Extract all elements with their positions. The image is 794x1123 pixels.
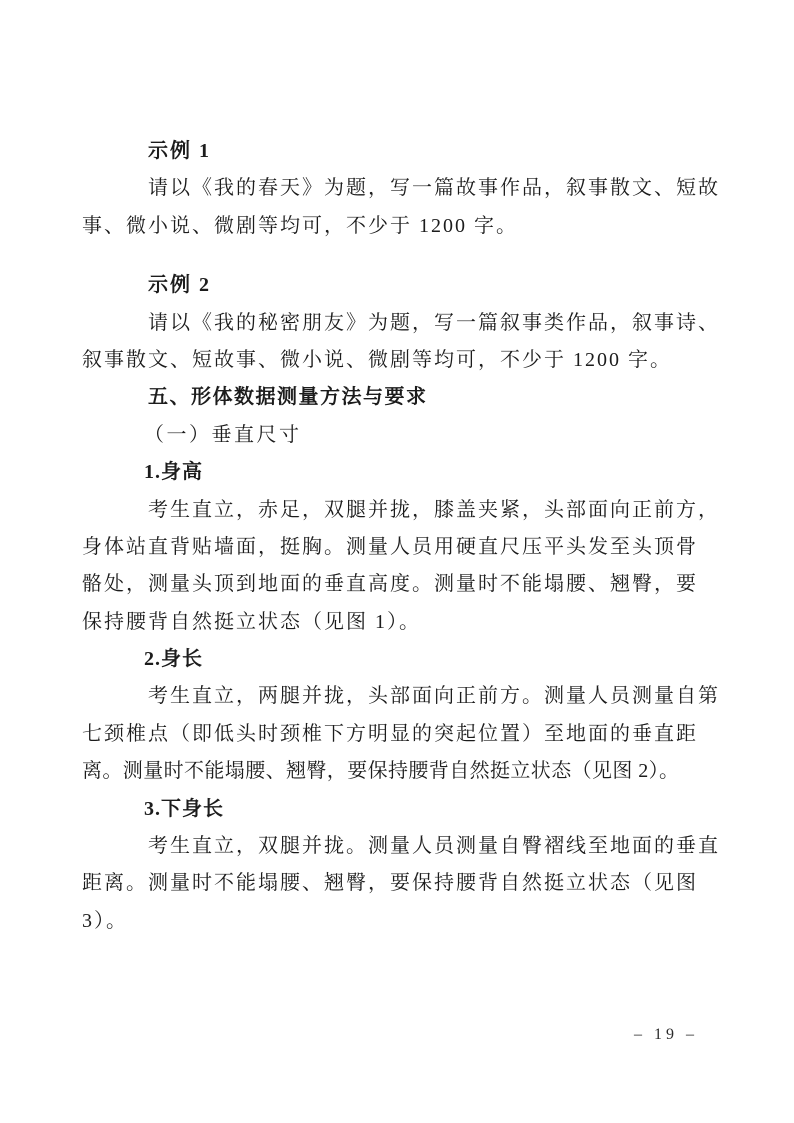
document-page: 示例 1 请以《我的春天》为题，写一篇故事作品，叙事散文、短故 事、微小说、微剧… — [0, 0, 794, 1123]
item-1-line-1: 考生直立，赤足，双腿并拢，膝盖夹紧，头部面向正前方， — [82, 492, 698, 529]
section-5-heading: 五、形体数据测量方法与要求 — [82, 379, 698, 416]
example-1-line-1: 请以《我的春天》为题，写一篇故事作品，叙事散文、短故 — [82, 170, 698, 207]
subsection-1-heading: （一）垂直尺寸 — [82, 417, 698, 454]
item-1-line-3: 骼处，测量头顶到地面的垂直高度。测量时不能塌腰、翘臀，要 — [82, 566, 698, 603]
example-1-line-2: 事、微小说、微剧等均可，不少于 1200 字。 — [82, 208, 698, 245]
example-2-line-2: 叙事散文、短故事、微小说、微剧等均可，不少于 1200 字。 — [82, 342, 698, 379]
item-2-line-2: 七颈椎点（即低头时颈椎下方明显的突起位置）至地面的垂直距 — [82, 716, 698, 753]
item-3-line-3: 3）。 — [82, 903, 698, 940]
item-3-line-2: 距离。测量时不能塌腰、翘臀，要保持腰背自然挺立状态（见图 — [82, 865, 698, 902]
item-2-line-3: 离。测量时不能塌腰、翘臀，要保持腰背自然挺立状态（见图 2）。 — [82, 753, 698, 790]
example-2-paragraph: 请以《我的秘密朋友》为题，写一篇叙事类作品，叙事诗、 叙事散文、短故事、微小说、… — [82, 305, 698, 380]
section-5-heading-text: 五、形体数据测量方法与要求 — [82, 379, 698, 416]
item-3-heading-text: 3.下身长 — [82, 791, 698, 828]
item-2-heading: 2.身长 — [82, 641, 698, 678]
item-3-heading: 3.下身长 — [82, 791, 698, 828]
item-1-line-4: 保持腰背自然挺立状态（见图 1）。 — [82, 604, 698, 641]
item-2-heading-text: 2.身长 — [82, 641, 698, 678]
item-2-paragraph: 考生直立，两腿并拢，头部面向正前方。测量人员测量自第 七颈椎点（即低头时颈椎下方… — [82, 678, 698, 790]
subsection-1-heading-text: （一）垂直尺寸 — [82, 417, 698, 454]
item-3-line-1: 考生直立，双腿并拢。测量人员测量自臀褶线至地面的垂直 — [82, 828, 698, 865]
item-1-paragraph: 考生直立，赤足，双腿并拢，膝盖夹紧，头部面向正前方， 身体站直背贴墙面，挺胸。测… — [82, 492, 698, 642]
item-2-line-1: 考生直立，两腿并拢，头部面向正前方。测量人员测量自第 — [82, 678, 698, 715]
item-1-line-2: 身体站直背贴墙面，挺胸。测量人员用硬直尺压平头发至头顶骨 — [82, 529, 698, 566]
example-1-paragraph: 请以《我的春天》为题，写一篇故事作品，叙事散文、短故 事、微小说、微剧等均可，不… — [82, 170, 698, 245]
item-3-paragraph: 考生直立，双腿并拢。测量人员测量自臀褶线至地面的垂直 距离。测量时不能塌腰、翘臀… — [82, 828, 698, 940]
example-2-heading: 示例 2 — [82, 267, 698, 304]
page-number: – 19 – — [634, 1026, 698, 1044]
example-1-heading-text: 示例 1 — [82, 133, 698, 170]
item-1-heading: 1.身高 — [82, 454, 698, 491]
example-2-line-1: 请以《我的秘密朋友》为题，写一篇叙事类作品，叙事诗、 — [82, 305, 698, 342]
example-1-heading: 示例 1 — [82, 133, 698, 170]
item-1-heading-text: 1.身高 — [82, 454, 698, 491]
example-2-heading-text: 示例 2 — [82, 267, 698, 304]
page-content: 示例 1 请以《我的春天》为题，写一篇故事作品，叙事散文、短故 事、微小说、微剧… — [82, 133, 698, 940]
